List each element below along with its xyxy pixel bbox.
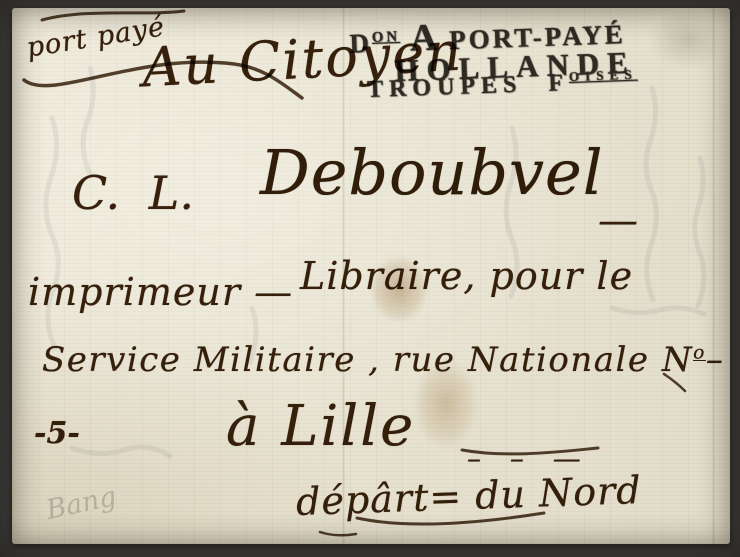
postmark-d: D (349, 28, 373, 59)
postmark-troupes: TROUPES (367, 72, 523, 103)
street-line: Service Militaire , rue Nationale No– (42, 340, 724, 380)
surname-trailing-dash: — (598, 198, 638, 244)
occupation-word-libraire: Libraire, pour le (300, 254, 633, 298)
street-line-text: Service Militaire , rue Nationale N (42, 340, 693, 380)
postmark-gap (523, 91, 549, 92)
letter-paper: port payé Au Citoyen C. L. Deboubvel — i… (12, 8, 730, 544)
photo-of-historic-letter: port payé Au Citoyen C. L. Deboubvel — i… (0, 0, 740, 557)
pencil-annotation: Bang (44, 481, 120, 526)
postmark-don-superscript: ON (372, 29, 401, 46)
numero-superscript: o (693, 343, 706, 364)
addressee-surname: Deboubvel (260, 136, 604, 209)
postmark-f: F (548, 70, 570, 97)
destination-city: à Lille (226, 394, 415, 459)
department-line: dépârt= du Nord (295, 468, 642, 524)
street-line-dash: – (706, 340, 725, 380)
postmark-stamp: DON A PORT-PAYÉ HOLLANDE TROUPESFOISES (349, 5, 732, 104)
postmark-oises-superscript: OISES (569, 67, 638, 84)
addressee-initials: C. L. (72, 166, 194, 220)
postal-rate-mark: -5- (34, 416, 80, 451)
occupation-word-imprimeur: imprimeur — (28, 270, 293, 314)
